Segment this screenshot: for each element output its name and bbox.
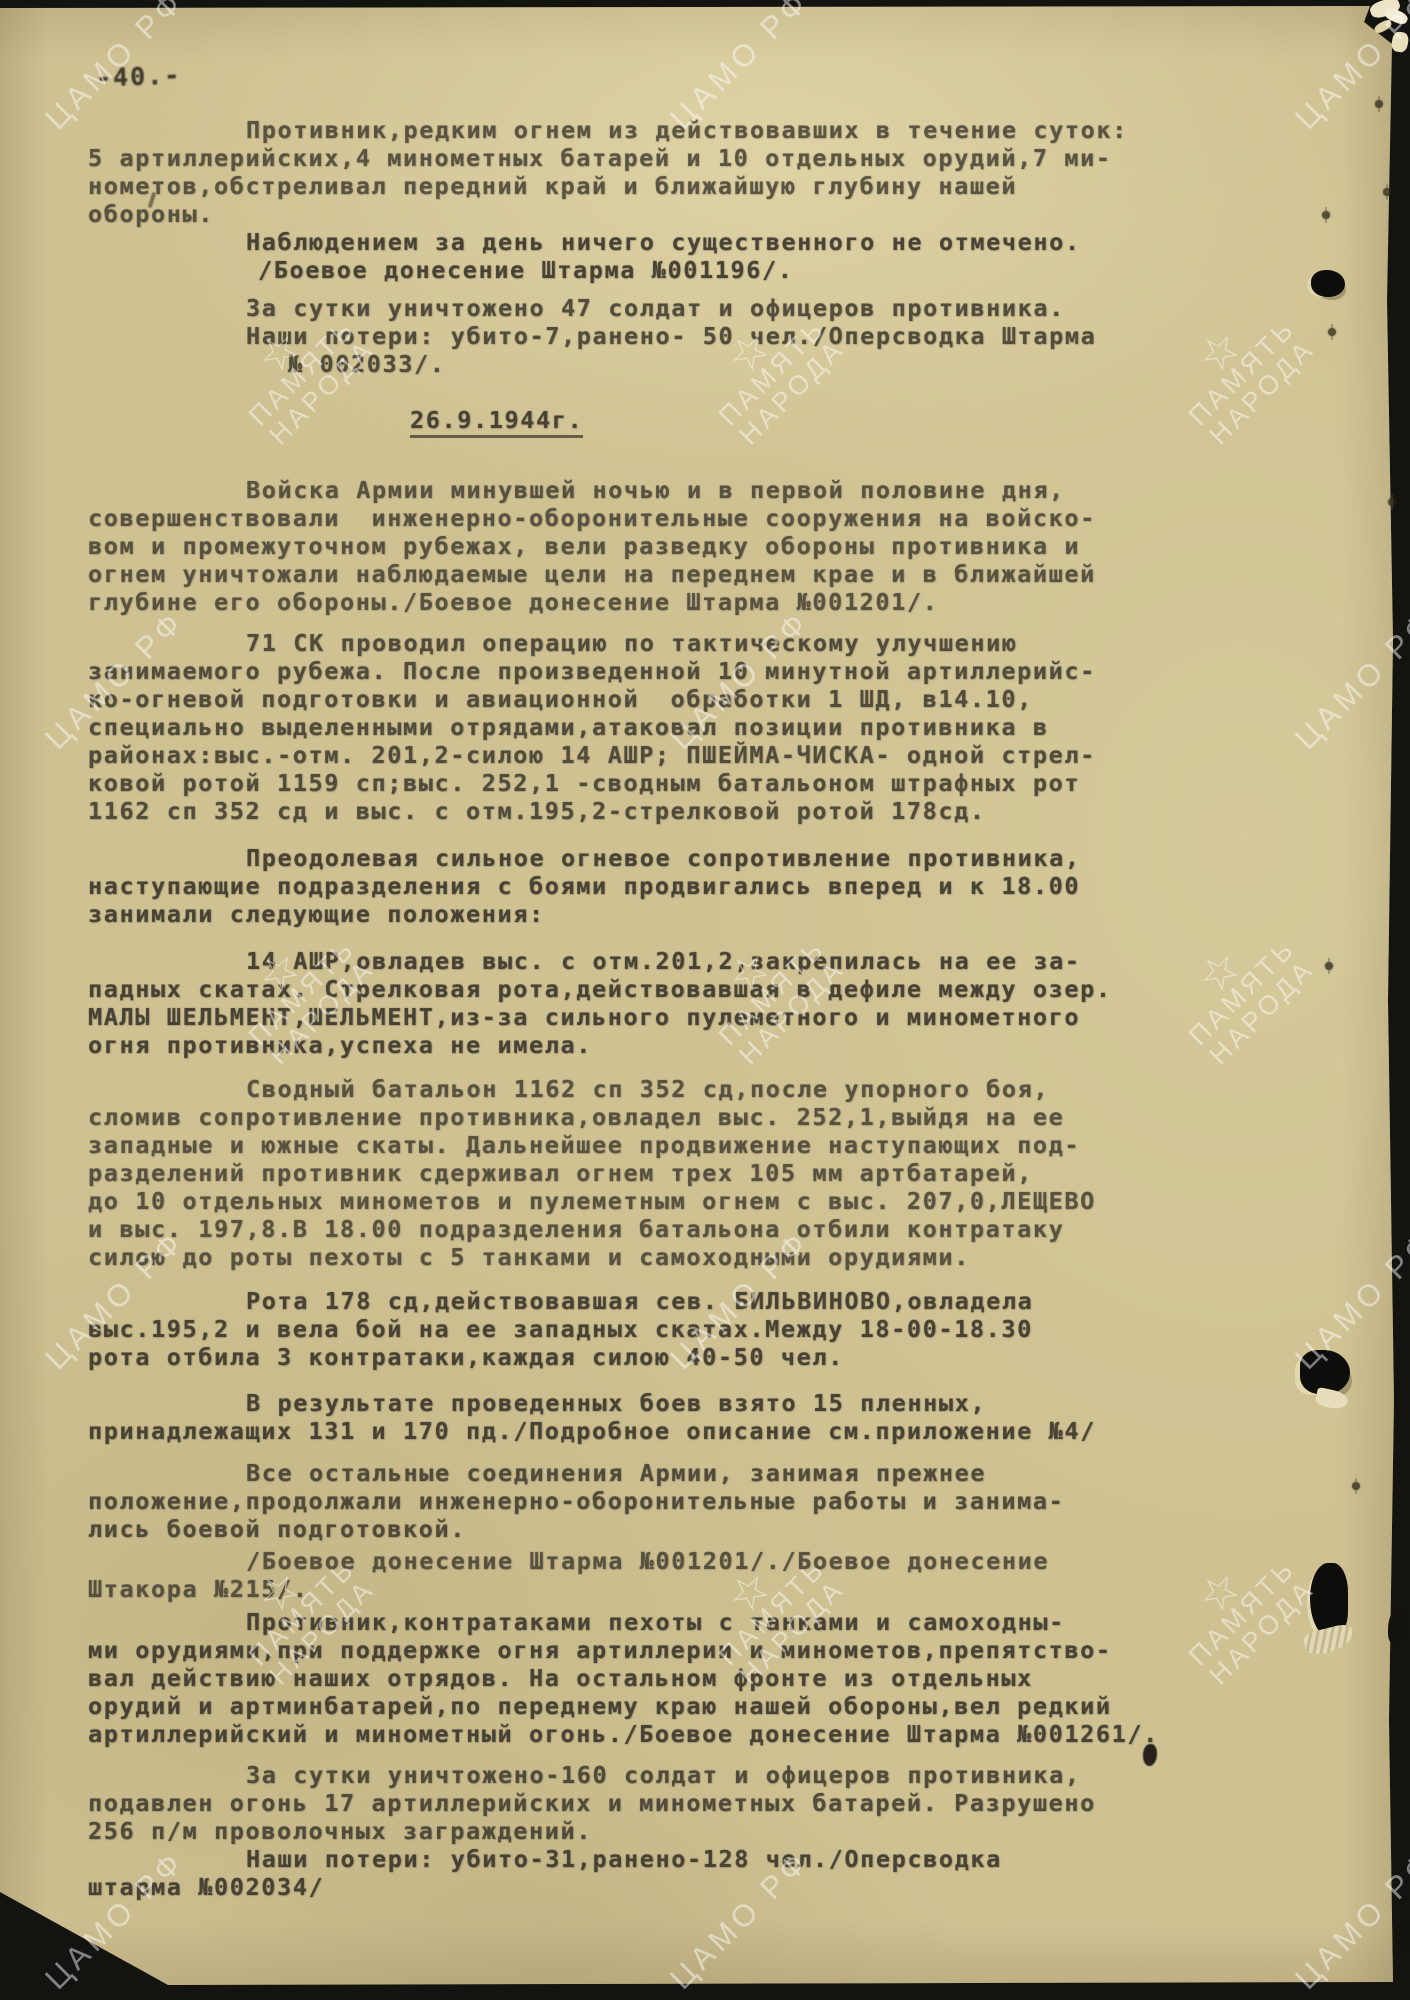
text-line: Наши потери: убито-31,ранено-128 чел./Оп… (88, 1845, 1410, 1873)
paragraph: В результате проведенных боев взято 15 п… (88, 1389, 1410, 1445)
text-line: 1162 сп 352 сд и выс. с отм.195,2-стрелк… (88, 797, 1410, 825)
date-heading: 26.9.1944г. (88, 406, 1410, 434)
paragraph: Противник,редким огнем из действовавших … (88, 116, 1410, 228)
text-line: специально выделенными отрядами,атаковал… (88, 713, 1410, 741)
text-line: № 002033/. (88, 350, 1410, 378)
text-line: За сутки уничтожено-160 солдат и офицеро… (88, 1761, 1410, 1789)
text-line: подавлен огонь 17 артиллерийских и мином… (88, 1789, 1410, 1817)
text-line: положение,продолжали инженерно-обороните… (88, 1487, 1410, 1515)
document-body: Противник,редким огнем из действовавших … (0, 116, 1410, 1901)
paragraph: Преодолевая сильное огневое сопротивлени… (88, 844, 1410, 928)
scanned-document: -40.- Противник,редким огнем из действов… (0, 0, 1410, 2000)
edge-ink-mark (1388, 1608, 1406, 1644)
paragraph: За сутки уничтожено 47 солдат и офицеров… (88, 294, 1410, 378)
text-line: Сводный батальон 1162 сп 352 сд,после уп… (88, 1075, 1410, 1103)
pin-hole (1325, 962, 1333, 970)
text-line: Наши потери: убито-7,ранено- 50 чел./Опе… (88, 322, 1410, 350)
text-line: рота отбила 3 контратаки,каждая силою 40… (88, 1343, 1410, 1371)
text-line: Штакора №215/. (88, 1575, 1410, 1603)
text-line: 256 п/м проволочных заграждений. (88, 1817, 1410, 1845)
paragraph: 71 СК проводил операцию по тактическому … (88, 629, 1410, 825)
text-line: ко-огневой подготовки и авиационной обра… (88, 685, 1410, 713)
text-line: ми орудиями,при поддержке огня артиллери… (88, 1636, 1410, 1664)
paragraph: Наблюдением за день ничего существенного… (88, 228, 1410, 284)
text-line: Рота 178 сд,действовавшая сев. БИЛЬВИНОВ… (88, 1287, 1410, 1315)
text-line: силою до роты пехоты с 5 танками и самох… (88, 1243, 1410, 1271)
text-line: 14 АШР,овладев выс. с отм.201,2,закрепил… (88, 947, 1410, 975)
paper-hole (1311, 270, 1345, 297)
text-line: обороны. (88, 200, 1410, 228)
paragraph: За сутки уничтожено-160 солдат и офицеро… (88, 1761, 1410, 1845)
text-line: Преодолевая сильное огневое сопротивлени… (88, 844, 1410, 872)
pin-hole (1352, 1482, 1360, 1490)
paragraph: Рота 178 сд,действовавшая сев. БИЛЬВИНОВ… (88, 1287, 1410, 1371)
pin-hole (1375, 100, 1383, 108)
text-line: нометов,обстреливал передний край и ближ… (88, 172, 1410, 200)
text-line: /Боевое донесение Штарма №001201/./Боево… (88, 1547, 1410, 1575)
text-line: артиллерийский и минометный огонь./Боево… (88, 1720, 1410, 1748)
text-line: занимали следующие положения: (88, 900, 1410, 928)
text-line: наступающие подразделения с боями продви… (88, 872, 1410, 900)
frayed-corner (1366, 0, 1410, 56)
page-number: -40.- (96, 61, 182, 93)
text-line: За сутки уничтожено 47 солдат и офицеров… (88, 294, 1410, 322)
date-heading-text: 26.9.1944г. (410, 406, 583, 438)
text-line: штарма №002034/ (88, 1873, 1410, 1901)
text-line: западные и южные скаты. Дальнейшее продв… (88, 1131, 1410, 1159)
text-line: Войска Армии минувшей ночью и в первой п… (88, 476, 1410, 504)
text-line: вом и промежуточном рубежах, вели развед… (88, 532, 1410, 560)
text-line: ковой ротой 1159 сп;выс. 252,1 -сводным … (88, 769, 1410, 797)
paragraph: Сводный батальон 1162 сп 352 сд,после уп… (88, 1075, 1410, 1271)
text-line: до 10 отдельных минометов и пулеметным о… (88, 1187, 1410, 1215)
text-line: огнем уничтожали наблюдаемые цели на пер… (88, 560, 1410, 588)
text-line: падных скатах. Стрелковая рота,действова… (88, 975, 1410, 1003)
text-line: 26.9.1944г. (88, 406, 1410, 434)
text-line: МАЛЫ ШЕЛЬМЕНТ,ШЕЛЬМЕНТ,из-за сильного пу… (88, 1003, 1410, 1031)
paragraph: Войска Армии минувшей ночью и в первой п… (88, 476, 1410, 616)
text-line: Наблюдением за день ничего существенного… (88, 228, 1410, 256)
paragraph: Все остальные соединения Армии, занимая … (88, 1459, 1410, 1543)
text-line: 5 артиллерийских,4 минометных батарей и … (88, 144, 1410, 172)
text-line: глубине его обороны./Боевое донесение Шт… (88, 588, 1410, 616)
text-line: В результате проведенных боев взято 15 п… (88, 1389, 1410, 1417)
pin-hole (1388, 498, 1396, 506)
paragraph: Наши потери: убито-31,ранено-128 чел./Оп… (88, 1845, 1410, 1901)
text-line: занимаемого рубежа. После произведенной … (88, 657, 1410, 685)
text-line: Противник,контратаками пехоты с танками … (88, 1608, 1410, 1636)
text-line: лись боевой подготовкой. (88, 1515, 1410, 1543)
text-line: 71 СК проводил операцию по тактическому … (88, 629, 1410, 657)
text-line: огня противника,успеха не имела. (88, 1031, 1410, 1059)
pin-hole (1322, 211, 1330, 219)
paragraph: Противник,контратаками пехоты с танками … (88, 1608, 1410, 1748)
text-line: /Боевое донесение Штарма №001196/. (88, 256, 1410, 284)
text-line: районах:выс.-отм. 201,2-силою 14 АШР; ПШ… (88, 741, 1410, 769)
text-line: и выс. 197,8.В 18.00 подразделения батал… (88, 1215, 1410, 1243)
text-line: вал действию наших отрядов. На остальном… (88, 1664, 1410, 1692)
text-line: принадлежащих 131 и 170 пд./Подробное оп… (88, 1417, 1410, 1445)
text-line: Все остальные соединения Армии, занимая … (88, 1459, 1410, 1487)
pin-hole (1328, 328, 1336, 336)
text-line: разделений противник сдерживал огнем тре… (88, 1159, 1410, 1187)
edge-ink-mark (1398, 1922, 1410, 1952)
text-line: выс.195,2 и вела бой на ее западных скат… (88, 1315, 1410, 1343)
paragraph: 14 АШР,овладев выс. с отм.201,2,закрепил… (88, 947, 1410, 1059)
text-line: Противник,редким огнем из действовавших … (88, 116, 1410, 144)
text-line: орудий и артминбатарей,по переднему краю… (88, 1692, 1410, 1720)
text-line: совершенствовали инженерно-оборонительны… (88, 504, 1410, 532)
text-line: сломив сопротивление противника,овладел … (88, 1103, 1410, 1131)
paragraph: /Боевое донесение Штарма №001201/./Боево… (88, 1547, 1410, 1603)
pin-hole (1383, 188, 1391, 196)
